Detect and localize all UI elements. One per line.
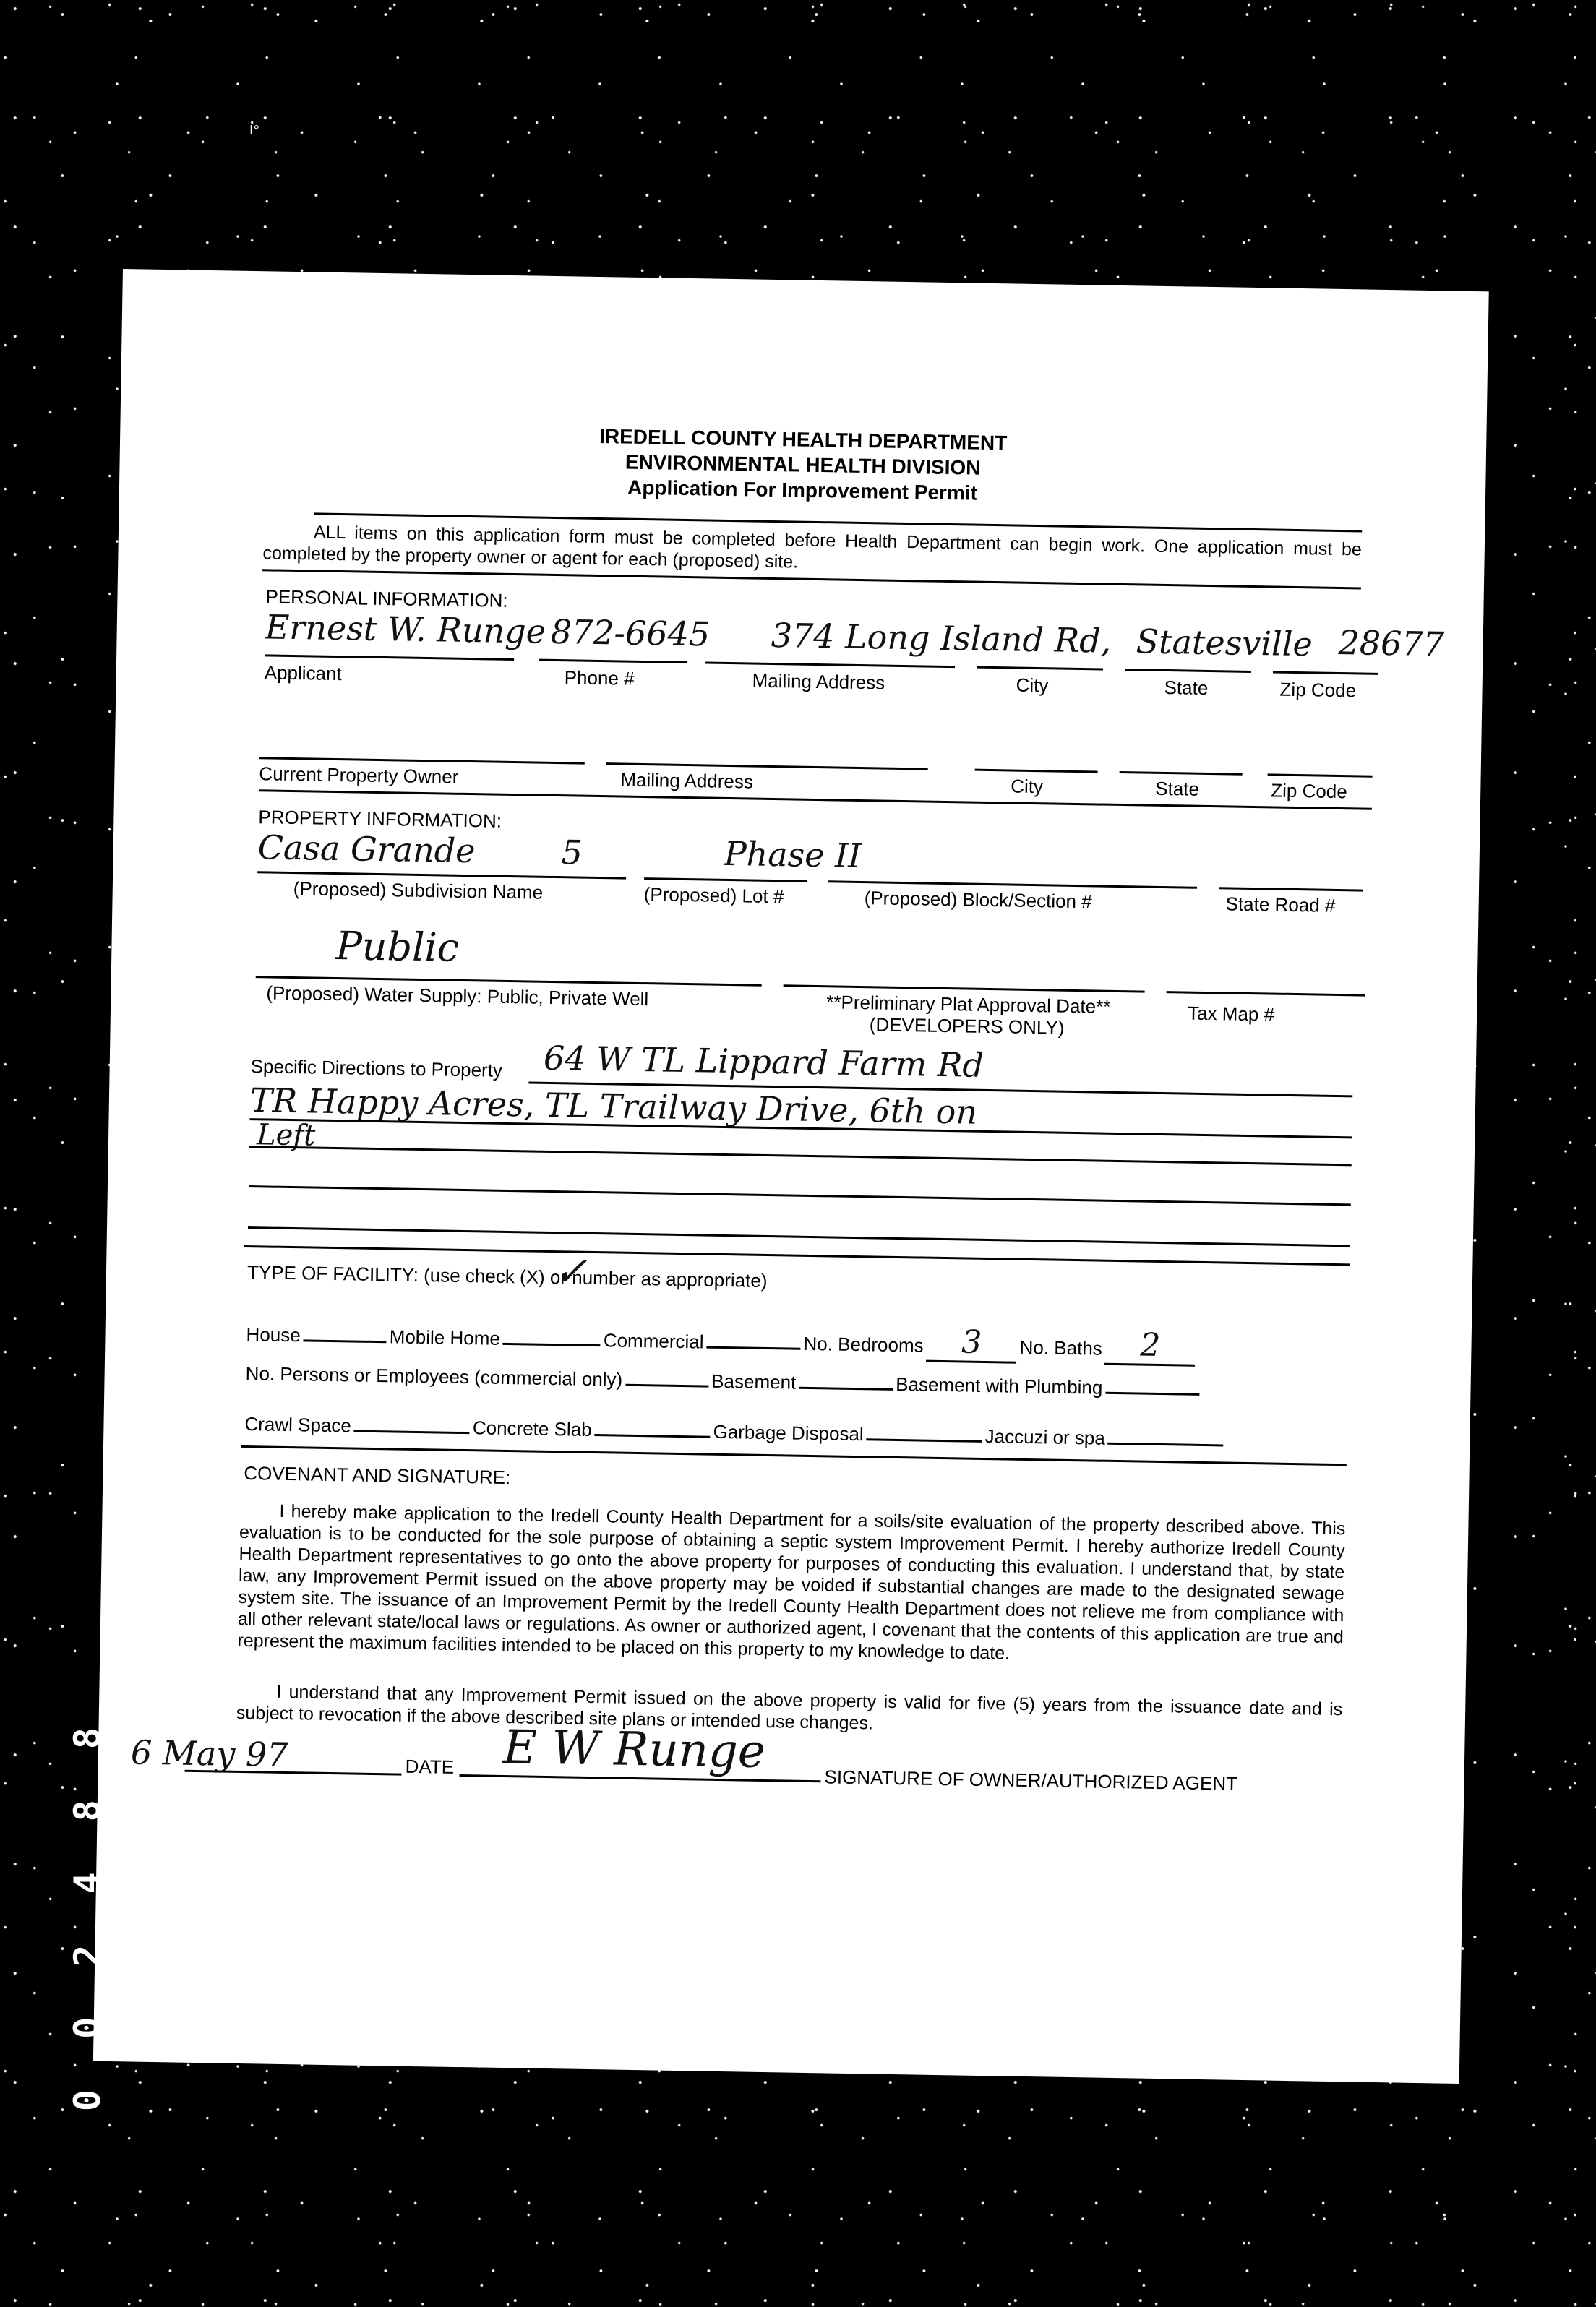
label-directions: Specific Directions to Property (250, 1055, 502, 1082)
label-concrete-slab: Concrete Slab (473, 1417, 592, 1440)
applicant-name-field[interactable]: Ernest W. Runge (265, 607, 546, 650)
owner-city-field[interactable] (975, 769, 1098, 773)
owner-state-field[interactable] (1120, 771, 1243, 776)
basement-plumbing-field[interactable] (1105, 1392, 1199, 1396)
label-owner-zip: Zip Code (1271, 779, 1347, 803)
validity-text: I understand that any Improvement Permit… (236, 1680, 1343, 1742)
label-block-section: (Proposed) Block/Section # (864, 887, 1092, 913)
label-state: State (1164, 676, 1208, 700)
label-city: City (1016, 674, 1048, 697)
label-owner-mailing: Mailing Address (620, 769, 753, 794)
label-basement-plumbing: Basement with Plumbing (896, 1373, 1103, 1399)
applicant-zip-field[interactable]: 28677 (1338, 623, 1444, 663)
section-covenant-signature: COVENANT AND SIGNATURE: (244, 1462, 510, 1489)
commercial-field[interactable] (706, 1346, 800, 1350)
scan-mark: I° (249, 123, 259, 138)
date-field[interactable]: 6 May 97 (131, 1732, 288, 1774)
facility-row-2: No. Persons or Employees (commercial onl… (245, 1362, 1202, 1401)
label-date: DATE (405, 1756, 454, 1779)
crawl-space-field[interactable] (354, 1430, 470, 1435)
label-signature: SIGNATURE OF OWNER/AUTHORIZED AGENT (824, 1766, 1237, 1795)
jacuzzi-field[interactable] (1108, 1443, 1224, 1447)
label-owner-city: City (1011, 775, 1043, 798)
label-current-owner: Current Property Owner (259, 762, 458, 789)
label-basement: Basement (711, 1370, 797, 1393)
label-commercial: Commercial (604, 1329, 704, 1352)
label-jacuzzi: Jaccuzi or spa (984, 1425, 1105, 1449)
concrete-slab-field[interactable] (594, 1434, 710, 1438)
persons-field[interactable] (625, 1384, 708, 1388)
directions-line-4[interactable] (249, 1185, 1351, 1206)
label-water-supply: (Proposed) Water Supply: Public, Private… (266, 981, 648, 1010)
label-lot: (Proposed) Lot # (643, 883, 784, 908)
label-crawl-space: Crawl Space (244, 1413, 351, 1436)
baths-field[interactable]: 2 (1104, 1326, 1196, 1367)
divider (259, 789, 1372, 810)
label-state-road: State Road # (1225, 893, 1335, 917)
basement-field[interactable] (799, 1387, 893, 1391)
house-field[interactable] (304, 1339, 387, 1343)
water-supply-field[interactable]: Public (335, 923, 459, 971)
divider (244, 1245, 1350, 1266)
label-developers-only: (DEVELOPERS ONLY) (870, 1013, 1065, 1039)
label-house: House (246, 1323, 301, 1346)
label-tax-map: Tax Map # (1188, 1002, 1274, 1026)
signature-field[interactable]: E W Runge (503, 1721, 766, 1779)
label-mobile-home: Mobile Home (389, 1326, 500, 1349)
garbage-disposal-field[interactable] (867, 1438, 982, 1443)
applicant-phone-field[interactable]: 872-6645 (550, 612, 710, 654)
label-baths: No. Baths (1019, 1336, 1102, 1359)
mobile-home-field[interactable] (503, 1343, 601, 1346)
directions-line-1[interactable]: 64 W TL Lippard Farm Rd (544, 1039, 984, 1085)
label-mailing-address: Mailing Address (752, 670, 885, 695)
applicant-address-field[interactable]: 374 Long Island Rd, (771, 616, 1112, 661)
subdivision-field[interactable]: Casa Grande (257, 828, 476, 870)
lot-field[interactable]: 5 (561, 833, 583, 872)
label-persons-employees: No. Persons or Employees (commercial onl… (245, 1362, 622, 1391)
label-applicant: Applicant (265, 661, 342, 685)
section-type-of-facility: TYPE OF FACILITY: (use check (X) or numb… (247, 1261, 768, 1292)
owner-zip-field[interactable] (1268, 773, 1373, 777)
label-bedrooms: No. Bedrooms (803, 1333, 924, 1357)
checkmark-icon: ✓ (554, 1248, 588, 1294)
facility-row-3: Crawl SpaceConcrete SlabGarbage Disposal… (244, 1413, 1227, 1452)
label-zip: Zip Code (1279, 679, 1356, 703)
label-owner-state: State (1155, 778, 1199, 801)
directions-line-5[interactable] (248, 1226, 1350, 1247)
applicant-city-field[interactable]: Statesville (1136, 622, 1313, 663)
bedrooms-field[interactable]: 3 (926, 1323, 1017, 1364)
label-subdivision: (Proposed) Subdivision Name (293, 877, 544, 904)
facility-row-1: HouseMobile HomeCommercialNo. Bedrooms3N… (246, 1312, 1198, 1367)
label-phone: Phone # (564, 666, 634, 690)
block-section-field[interactable]: Phase II (724, 834, 862, 875)
application-form: IREDELL COUNTY HEALTH DEPARTMENT ENVIRON… (93, 269, 1489, 2084)
covenant-text: I hereby make application to the Iredell… (237, 1500, 1345, 1670)
label-garbage-disposal: Garbage Disposal (713, 1421, 864, 1445)
